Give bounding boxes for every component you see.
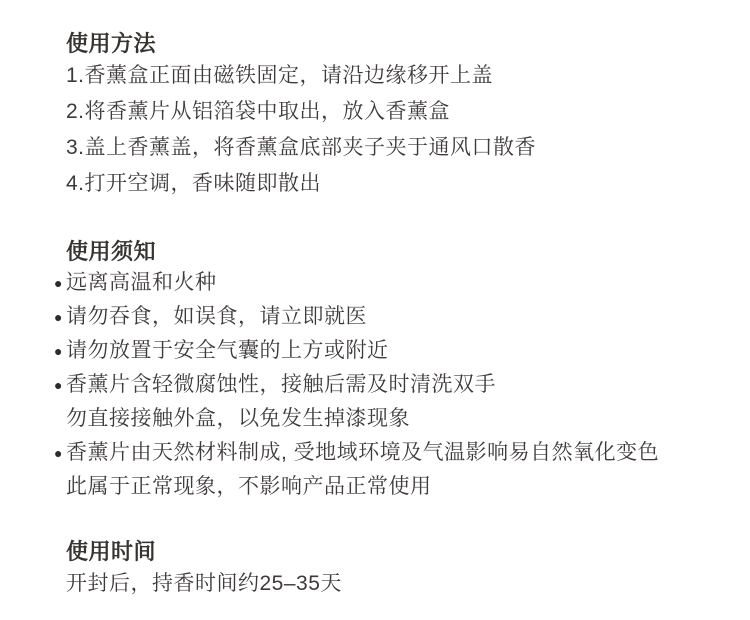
usage-notes-heading: 使用须知: [66, 238, 722, 266]
usage-notes-section: 使用须知 ● 远离高温和火种 ● 请勿吞食，如误食，请立即就医 ● 请勿放置于安…: [66, 238, 722, 504]
note-text: 勿直接接触外盒，以免发生掉漆现象: [66, 407, 410, 430]
usage-method-section: 使用方法 1.香薰盒正面由磁铁固定，请沿边缘移开上盖 2.将香薰片从铝箔袋中取出…: [66, 30, 722, 202]
instruction-page: 使用方法 1.香薰盒正面由磁铁固定，请沿边缘移开上盖 2.将香薰片从铝箔袋中取出…: [0, 0, 750, 620]
note-item: ● 请勿吞食，如误食，请立即就医: [66, 300, 722, 334]
note-item: ● 香薰片含轻微腐蚀性，接触后需及时清洗双手: [66, 368, 722, 402]
bullet-dot-icon: ●: [54, 300, 63, 334]
bullet-dot-icon: ●: [54, 368, 63, 402]
usage-duration-text: 开封后，持香时间约25–35天: [66, 566, 722, 602]
note-text: 此属于正常现象，不影响产品正常使用: [66, 475, 432, 498]
usage-step-4: 4.打开空调，香味随即散出: [66, 166, 722, 202]
usage-step-2: 2.将香薰片从铝箔袋中取出，放入香薰盒: [66, 94, 722, 130]
usage-time-heading: 使用时间: [66, 538, 722, 566]
note-item: ● 请勿放置于安全气囊的上方或附近: [66, 334, 722, 368]
note-item: ● 远离高温和火种: [66, 266, 722, 300]
note-item-continuation: 勿直接接触外盒，以免发生掉漆现象: [66, 402, 722, 436]
bullet-dot-icon: ●: [54, 436, 63, 470]
note-text: 香薰片由天然材料制成, 受地域环境及气温影响易自然氧化变色: [66, 441, 659, 464]
note-text: 请勿吞食，如误食，请立即就医: [66, 305, 367, 328]
usage-step-3: 3.盖上香薰盖，将香薰盒底部夹子夹于通风口散香: [66, 130, 722, 166]
note-text: 请勿放置于安全气囊的上方或附近: [66, 339, 389, 362]
note-item-continuation: 此属于正常现象，不影响产品正常使用: [66, 470, 722, 504]
usage-method-heading: 使用方法: [66, 30, 722, 58]
bullet-dot-icon: ●: [54, 334, 63, 368]
bullet-dot-icon: ●: [54, 266, 63, 300]
usage-time-section: 使用时间 开封后，持香时间约25–35天: [66, 538, 722, 602]
note-text: 远离高温和火种: [66, 271, 217, 294]
note-text: 香薰片含轻微腐蚀性，接触后需及时清洗双手: [66, 373, 496, 396]
note-item: ● 香薰片由天然材料制成, 受地域环境及气温影响易自然氧化变色: [66, 436, 722, 470]
usage-step-1: 1.香薰盒正面由磁铁固定，请沿边缘移开上盖: [66, 58, 722, 94]
